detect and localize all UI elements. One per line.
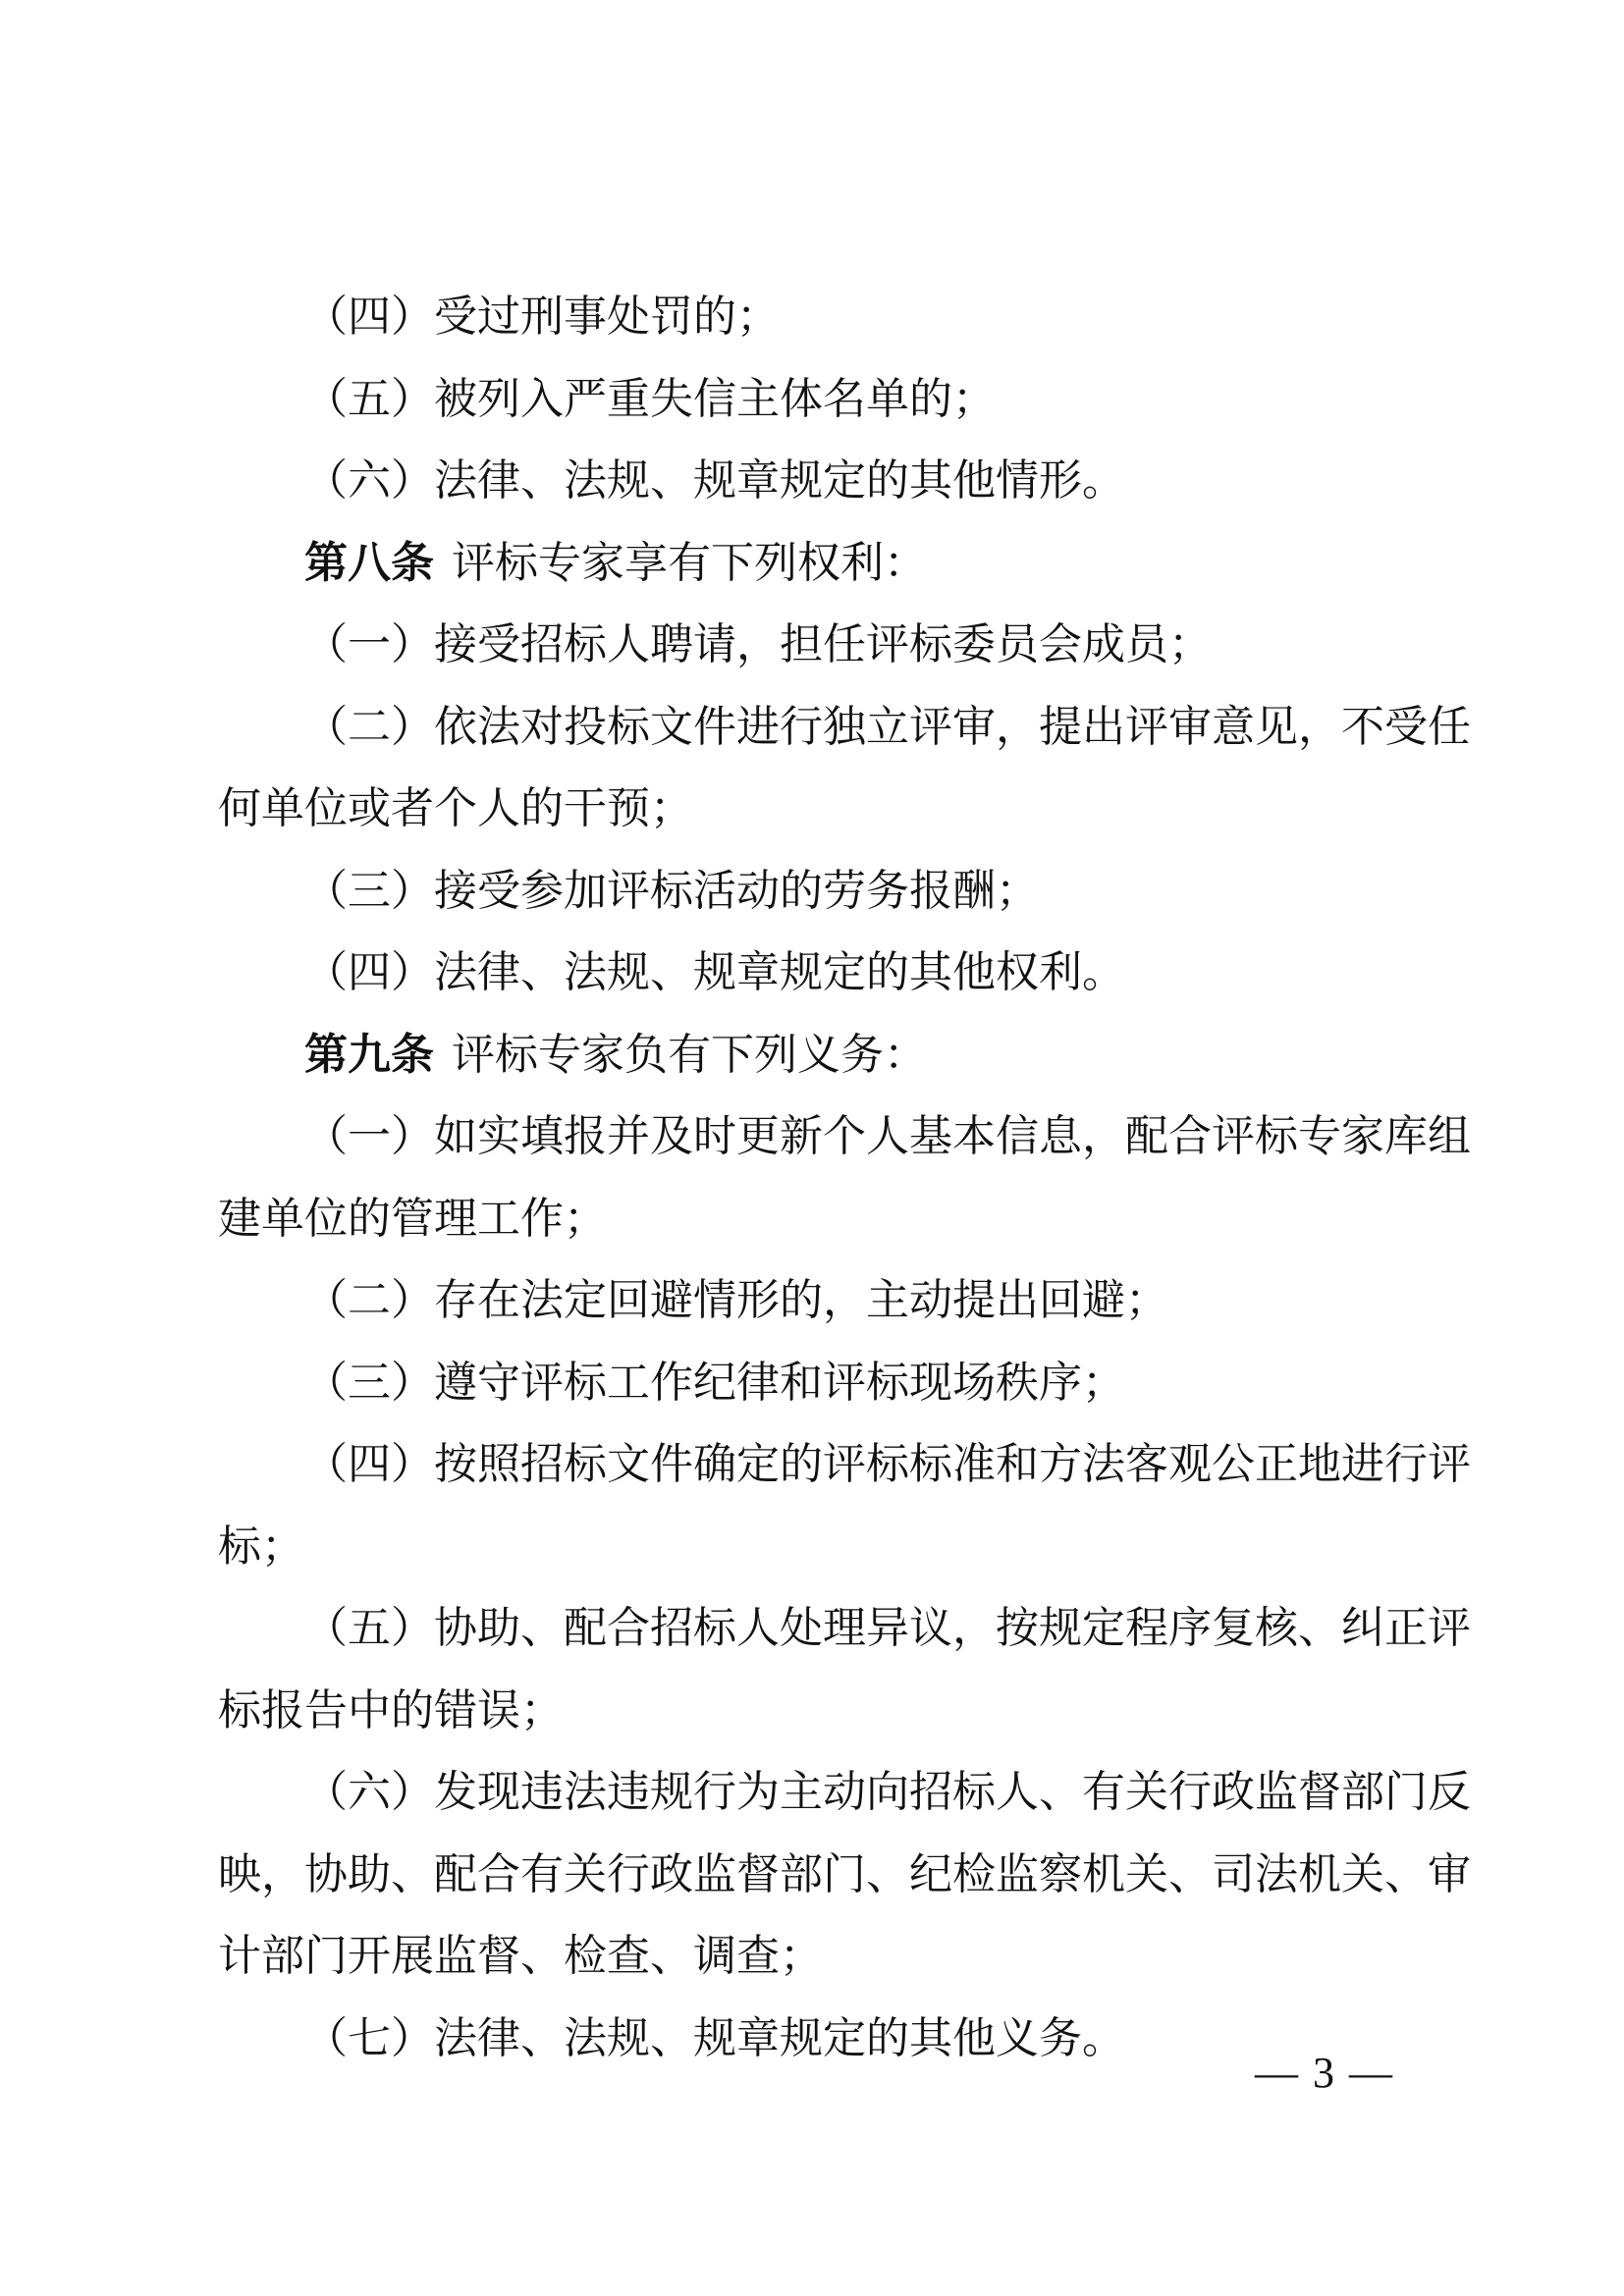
line-text: 映，协助、配合有关行政监督部门、纪检监察机关、司法机关、审: [218, 1850, 1471, 1898]
line-text: （五）被列入严重失信主体名单的；: [304, 375, 996, 423]
line-text: （二）存在法定回避情形的，主动提出回避；: [304, 1276, 1168, 1324]
document-line: （四）法律、法规、规章规定的其他权利。: [218, 932, 1408, 1014]
line-text: （六）发现违法违规行为主动向招标人、有关行政监督部门反: [304, 1768, 1471, 1816]
line-text: （四）法律、法规、规章规定的其他权利。: [304, 948, 1125, 996]
document-line: （一）如实填报并及时更新个人基本信息，配合评标专家库组: [218, 1095, 1408, 1178]
document-line: 建单位的管理工作；: [218, 1178, 1408, 1260]
document-line: （四）按照招标文件确定的评标标准和方法客观公正地进行评: [218, 1423, 1408, 1506]
line-text: 建单位的管理工作；: [218, 1195, 607, 1243]
line-text: （三）遵守评标工作纪律和评标现场秩序；: [304, 1359, 1125, 1407]
document-line: （六）法律、法规、规章规定的其他情形。: [218, 440, 1408, 522]
document-line: （二）依法对投标文件进行独立评审，提出评审意见，不受任: [218, 686, 1408, 769]
line-text: （一）如实填报并及时更新个人基本信息，配合评标专家库组: [304, 1112, 1471, 1160]
document-line: （七）法律、法规、规章规定的其他义务。: [218, 1998, 1408, 2080]
document-line: 第九条评标专家负有下列义务：: [218, 1014, 1408, 1096]
document-line: 映，协助、配合有关行政监督部门、纪检监察机关、司法机关、审: [218, 1834, 1408, 1916]
document-line: 标；: [218, 1506, 1408, 1588]
article-number: 第九条: [304, 1031, 434, 1079]
scanned-document-page: （四）受过刑事处罚的；（五）被列入严重失信主体名单的；（六）法律、法规、规章规定…: [0, 0, 1624, 2296]
line-text: （五）协助、配合招标人处理异议，按规定程序复核、纠正评: [304, 1604, 1471, 1652]
document-line: 标报告中的错误；: [218, 1670, 1408, 1752]
line-text: 评标专家享有下列权利：: [452, 539, 927, 587]
document-line: （一）接受招标人聘请，担任评标委员会成员；: [218, 604, 1408, 686]
document-line: 第八条评标专家享有下列权利：: [218, 522, 1408, 605]
document-line: （三）接受参加评标活动的劳务报酬；: [218, 850, 1408, 933]
line-text: 计部门开展监督、检查、调查；: [218, 1932, 823, 1980]
line-text: 标报告中的错误；: [218, 1686, 564, 1735]
document-line: （五）被列入严重失信主体名单的；: [218, 358, 1408, 441]
line-text: （二）依法对投标文件进行独立评审，提出评审意见，不受任: [304, 703, 1471, 751]
document-text-block: （四）受过刑事处罚的；（五）被列入严重失信主体名单的；（六）法律、法规、规章规定…: [218, 276, 1408, 2079]
line-text: （七）法律、法规、规章规定的其他义务。: [304, 2014, 1125, 2062]
document-line: （五）协助、配合招标人处理异议，按规定程序复核、纠正评: [218, 1587, 1408, 1670]
document-line: （四）受过刑事处罚的；: [218, 276, 1408, 358]
document-line: （二）存在法定回避情形的，主动提出回避；: [218, 1259, 1408, 1342]
line-text: 何单位或者个人的干预；: [218, 784, 693, 832]
page-number: — 3 —: [1255, 2046, 1394, 2101]
line-text: （四）按照招标文件确定的评标标准和方法客观公正地进行评: [304, 1440, 1471, 1488]
article-number: 第八条: [304, 539, 434, 587]
line-text: 评标专家负有下列义务：: [452, 1031, 927, 1079]
line-text: 标；: [218, 1522, 304, 1571]
document-line: （三）遵守评标工作纪律和评标现场秩序；: [218, 1342, 1408, 1424]
line-text: （六）法律、法规、规章规定的其他情形。: [304, 456, 1125, 505]
line-text: （一）接受招标人聘请，担任评标委员会成员；: [304, 620, 1212, 668]
line-text: （三）接受参加评标活动的劳务报酬；: [304, 867, 1039, 915]
line-text: （四）受过刑事处罚的；: [304, 293, 780, 341]
document-line: （六）发现违法违规行为主动向招标人、有关行政监督部门反: [218, 1751, 1408, 1834]
document-line: 何单位或者个人的干预；: [218, 768, 1408, 850]
document-line: 计部门开展监督、检查、调查；: [218, 1915, 1408, 1998]
